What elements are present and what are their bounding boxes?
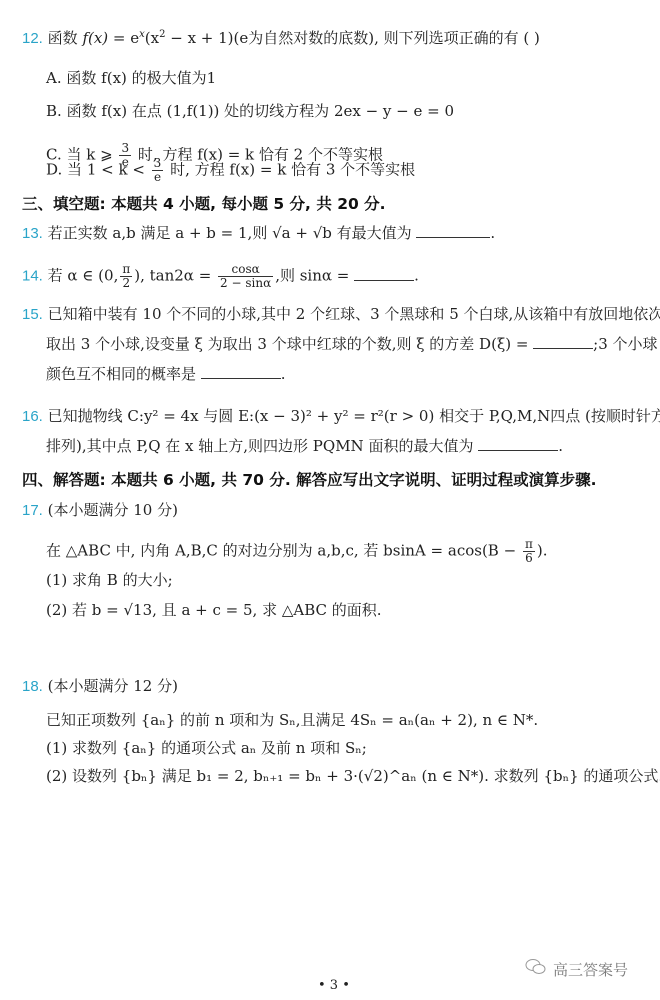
question-18-part-1: (1) 求数列 {aₙ} 的通项公式 aₙ 及前 n 项和 Sₙ;: [46, 738, 367, 758]
answer-blank[interactable]: [478, 436, 558, 451]
punctuation: .: [414, 267, 419, 285]
answer-blank[interactable]: [533, 334, 593, 349]
section-heading-solutions: 四、解答题: 本题共 6 小题, 共 70 分. 解答应写出文字说明、证明过程或…: [22, 470, 597, 490]
option-text: 函数 f(x) 在点 (1,f(1)) 处的切线方程为 2ex − y − e …: [67, 102, 454, 120]
punctuation: .: [558, 437, 563, 455]
denominator: e: [152, 171, 164, 184]
punctuation: .: [281, 365, 286, 383]
question-number: 12.: [22, 30, 43, 47]
question-17-part-2: (2) 若 b = √13, 且 a + c = 5, 求 △ABC 的面积.: [46, 600, 382, 620]
option-label: D.: [46, 161, 62, 179]
question-12-stem: 12. 函数 f(x) = ex(x2 − x + 1)(e为自然对数的底数),…: [22, 28, 540, 49]
stem-text: = e: [108, 29, 139, 47]
question-number: 18.: [22, 678, 43, 695]
fraction: π6: [523, 538, 535, 565]
question-17-header: 17. (本小题满分 10 分): [22, 500, 178, 521]
question-text: 若正实数 a,b 满足 a + b = 1,则 √a + √b 有最大值为: [48, 224, 412, 242]
question-16-line-2: 排列),其中点 P,Q 在 x 轴上方,则四边形 PQMN 面积的最大值为 .: [46, 436, 563, 456]
question-text: 排列),其中点 P,Q 在 x 轴上方,则四边形 PQMN 面积的最大值为: [46, 437, 473, 455]
question-text: ;3 个小球: [593, 335, 657, 353]
stem-text: 函数: [48, 29, 78, 47]
option-a: A. 函数 f(x) 的极大值为1: [46, 68, 216, 88]
wechat-icon: [525, 958, 547, 980]
stem-text: − x + 1)(e为自然对数的底数), 则下列选项正确的有 ( ): [165, 29, 539, 47]
question-15-line-2: 取出 3 个小球,设变量 ξ 为取出 3 个球中红球的个数,则 ξ 的方差 D(…: [46, 334, 658, 354]
watermark-text: 高三答案号: [553, 959, 628, 980]
stem-text: (x: [145, 29, 159, 47]
question-15-line-1: 15. 已知箱中装有 10 个不同的小球,其中 2 个红球、3 个黑球和 5 个…: [22, 304, 660, 325]
question-15-line-3: 颜色互不相同的概率是 .: [46, 364, 286, 384]
denominator: 2: [120, 277, 132, 290]
fraction: 3e: [152, 157, 164, 184]
option-b: B. 函数 f(x) 在点 (1,f(1)) 处的切线方程为 2ex − y −…: [46, 101, 454, 121]
answer-blank[interactable]: [354, 266, 414, 281]
question-text: ), tan2α =: [134, 267, 211, 285]
question-17-stem: 在 △ABC 中, 内角 A,B,C 的对边分别为 a,b,c, 若 bsinA…: [46, 538, 547, 565]
question-13: 13. 若正实数 a,b 满足 a + b = 1,则 √a + √b 有最大值…: [22, 223, 495, 244]
section-heading-fill-in: 三、填空题: 本题共 4 小题, 每小题 5 分, 共 20 分.: [22, 194, 386, 214]
numerator: π: [523, 538, 535, 552]
option-label: A.: [46, 69, 62, 87]
question-number: 13.: [22, 225, 43, 242]
punctuation: .: [490, 224, 495, 242]
numerator: 3: [152, 157, 164, 171]
option-d: D. 当 1 < k < 3e 时, 方程 f(x) = k 恰有 3 个不等实…: [46, 157, 415, 184]
option-text: 时, 方程 f(x) = k 恰有 3 个不等实根: [170, 161, 415, 179]
question-text: 颜色互不相同的概率是: [46, 365, 196, 383]
numerator: 3: [119, 142, 131, 156]
question-text: 已知抛物线 C:y² = 4x 与圆 E:(x − 3)² + y² = r²(…: [48, 407, 660, 425]
denominator: 6: [523, 552, 535, 565]
question-18-header: 18. (本小题满分 12 分): [22, 676, 178, 697]
answer-blank[interactable]: [416, 223, 490, 238]
question-18-stem: 已知正项数列 {aₙ} 的前 n 项和为 Sₙ,且满足 4Sₙ = aₙ(aₙ …: [46, 710, 538, 730]
question-text: ,则 sinα =: [275, 267, 349, 285]
question-text: 在 △ABC 中, 内角 A,B,C 的对边分别为 a,b,c, 若 bsinA…: [46, 542, 516, 560]
option-text: 函数 f(x) 的极大值为1: [66, 69, 216, 87]
answer-blank[interactable]: [201, 364, 281, 379]
question-text: 取出 3 个小球,设变量 ξ 为取出 3 个球中红球的个数,则 ξ 的方差 D(…: [46, 335, 528, 353]
score-note: (本小题满分 12 分): [48, 677, 178, 695]
question-16-line-1: 16. 已知抛物线 C:y² = 4x 与圆 E:(x − 3)² + y² =…: [22, 406, 660, 427]
score-note: (本小题满分 10 分): [48, 501, 178, 519]
watermark: 高三答案号: [525, 958, 628, 980]
numerator: cosα: [218, 263, 273, 277]
fraction: cosα2 − sinα: [218, 263, 273, 290]
question-number: 14.: [22, 268, 43, 285]
question-18-part-2: (2) 设数列 {bₙ} 满足 b₁ = 2, bₙ₊₁ = bₙ + 3·(√…: [46, 766, 660, 786]
page-number: • 3 •: [318, 978, 350, 993]
option-label: B.: [46, 102, 62, 120]
question-text: ).: [537, 542, 548, 560]
question-text: 已知箱中装有 10 个不同的小球,其中 2 个红球、3 个黑球和 5 个白球,从…: [48, 305, 660, 323]
question-number: 17.: [22, 502, 43, 519]
question-number: 16.: [22, 408, 43, 425]
question-text: 若 α ∈ (0,: [48, 267, 119, 285]
function-name: f(x): [82, 29, 108, 47]
numerator: π: [120, 263, 132, 277]
question-14: 14. 若 α ∈ (0,π2), tan2α = cosα2 − sinα,则…: [22, 263, 419, 290]
option-text: 当 1 < k <: [67, 161, 145, 179]
denominator: 2 − sinα: [218, 277, 273, 290]
fraction: π2: [120, 263, 132, 290]
question-number: 15.: [22, 306, 43, 323]
question-17-part-1: (1) 求角 B 的大小;: [46, 570, 173, 590]
